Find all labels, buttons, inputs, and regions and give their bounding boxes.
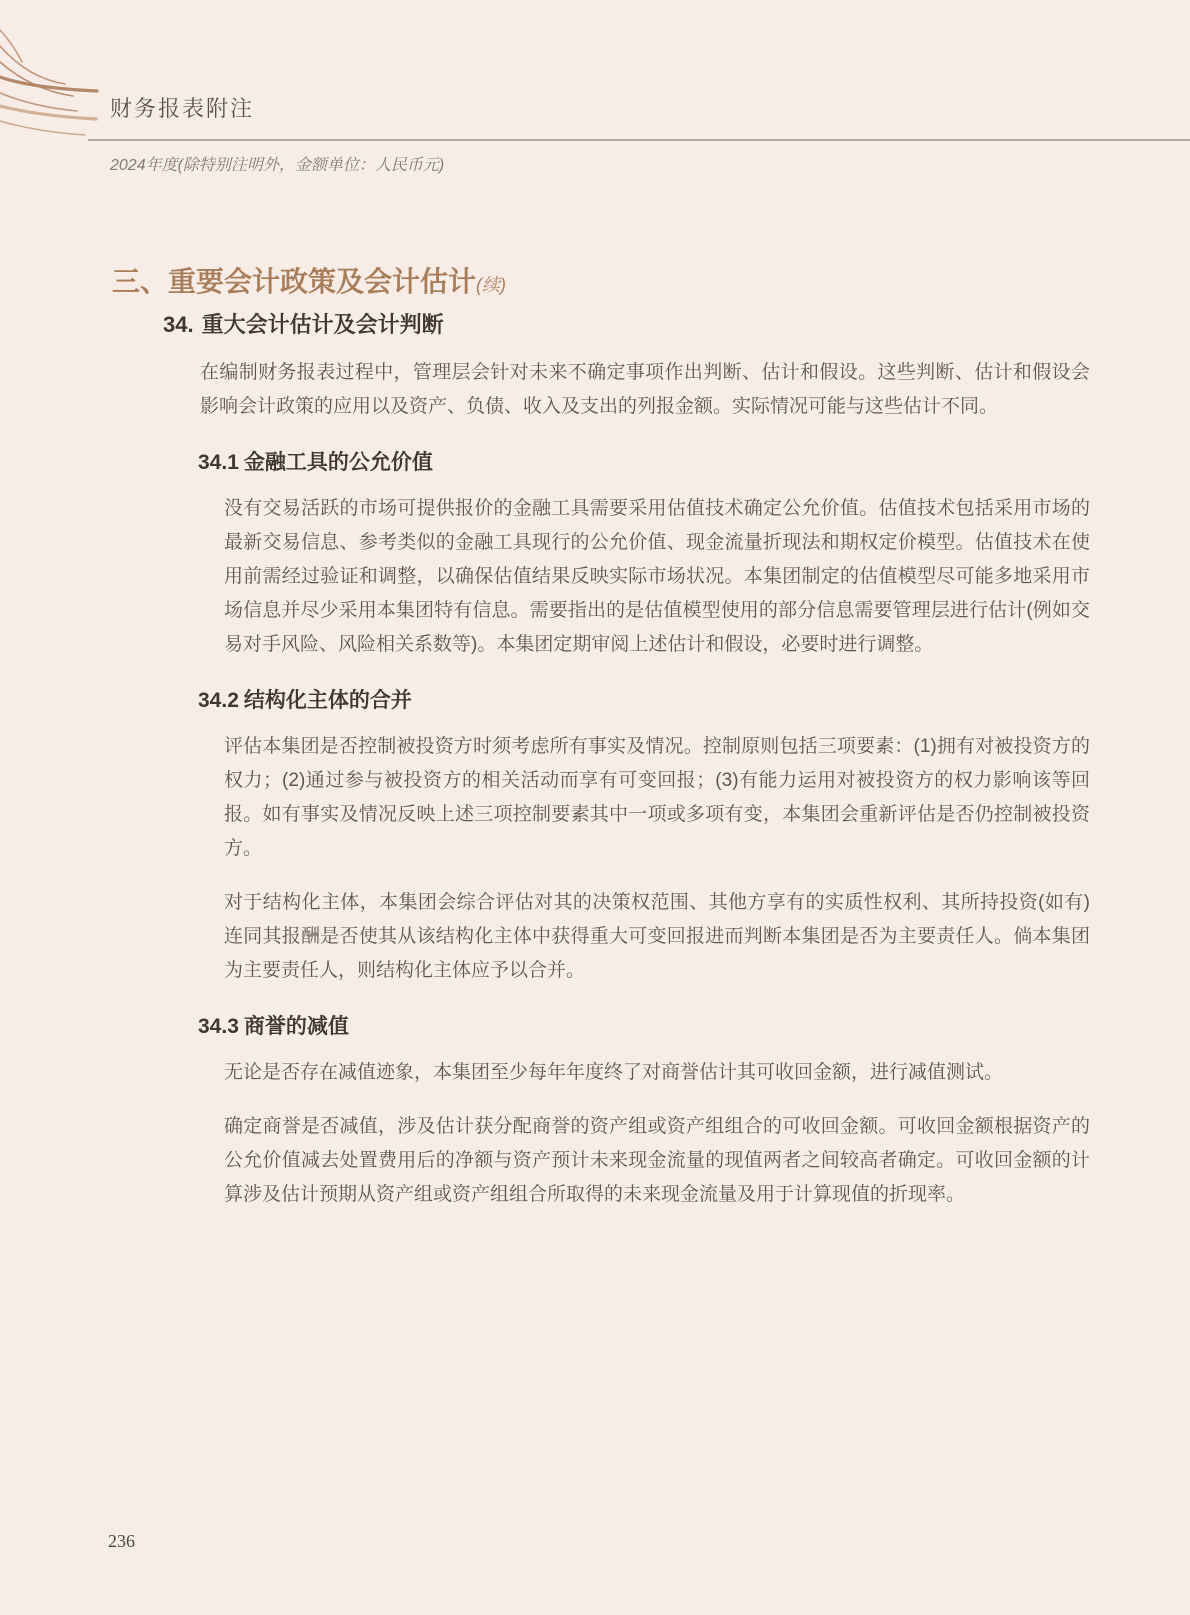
subsection-34-1-heading: 34.1 金融工具的公允价值 bbox=[198, 450, 1190, 475]
subsection-34-2-number: 34.2 bbox=[198, 688, 239, 713]
subsection-34-3-paragraph: 确定商誉是否减值，涉及估计获分配商誉的资产组或资产组组合的可收回金额。可收回金额… bbox=[224, 1110, 1090, 1212]
subsection-34-1-title: 金融工具的公允价值 bbox=[244, 450, 433, 475]
page-number: 236 bbox=[108, 1531, 135, 1552]
note-34-title: 重大会计估计及会计判断 bbox=[202, 312, 444, 338]
subsection-34-3-number: 34.3 bbox=[198, 1014, 239, 1039]
note-34-heading: 34. 重大会计估计及会计判断 bbox=[163, 312, 1190, 338]
subsection-34-2-paragraph: 对于结构化主体，本集团会综合评估对其的决策权范围、其他方享有的实质性权利、其所持… bbox=[224, 886, 1090, 988]
note-34-number: 34. bbox=[163, 312, 194, 338]
subsection-34-2-title: 结构化主体的合并 bbox=[244, 688, 412, 713]
header-divider bbox=[88, 139, 1190, 141]
main-content: 三、重要会计政策及会计估计(续) 34. 重大会计估计及会计判断 在编制财务报表… bbox=[0, 266, 1190, 1232]
note-34-intro-paragraph: 在编制财务报表过程中，管理层会针对未来不确定事项作出判断、估计和假设。这些判断、… bbox=[200, 356, 1090, 424]
section-continued-label: (续) bbox=[476, 275, 506, 295]
subsection-34-3-paragraph: 无论是否存在减值迹象，本集团至少每年年度终了对商誉估计其可收回金额，进行减值测试… bbox=[224, 1056, 1090, 1090]
subsection-34-1-number: 34.1 bbox=[198, 450, 239, 475]
subsection-34-2-heading: 34.2 结构化主体的合并 bbox=[198, 688, 1190, 713]
subsection-34-1-paragraph: 没有交易活跃的市场可提供报价的金融工具需要采用估值技术确定公允价值。估值技术包括… bbox=[224, 492, 1090, 662]
subsection-34-3-heading: 34.3 商誉的减值 bbox=[198, 1014, 1190, 1039]
section-title: 三、重要会计政策及会计估计 bbox=[112, 266, 476, 297]
document-subtitle: 2024年度(除特别注明外，金额单位：人民币元) bbox=[110, 152, 444, 175]
document-title: 财务报表附注 bbox=[110, 92, 254, 123]
section-heading: 三、重要会计政策及会计估计(续) bbox=[112, 266, 1190, 298]
swoosh-curves-icon bbox=[0, 22, 110, 142]
subsection-34-2-paragraph: 评估本集团是否控制被投资方时须考虑所有事实及情况。控制原则包括三项要素：(1)拥… bbox=[224, 730, 1090, 866]
subsection-34-3-title: 商誉的减值 bbox=[244, 1014, 349, 1039]
